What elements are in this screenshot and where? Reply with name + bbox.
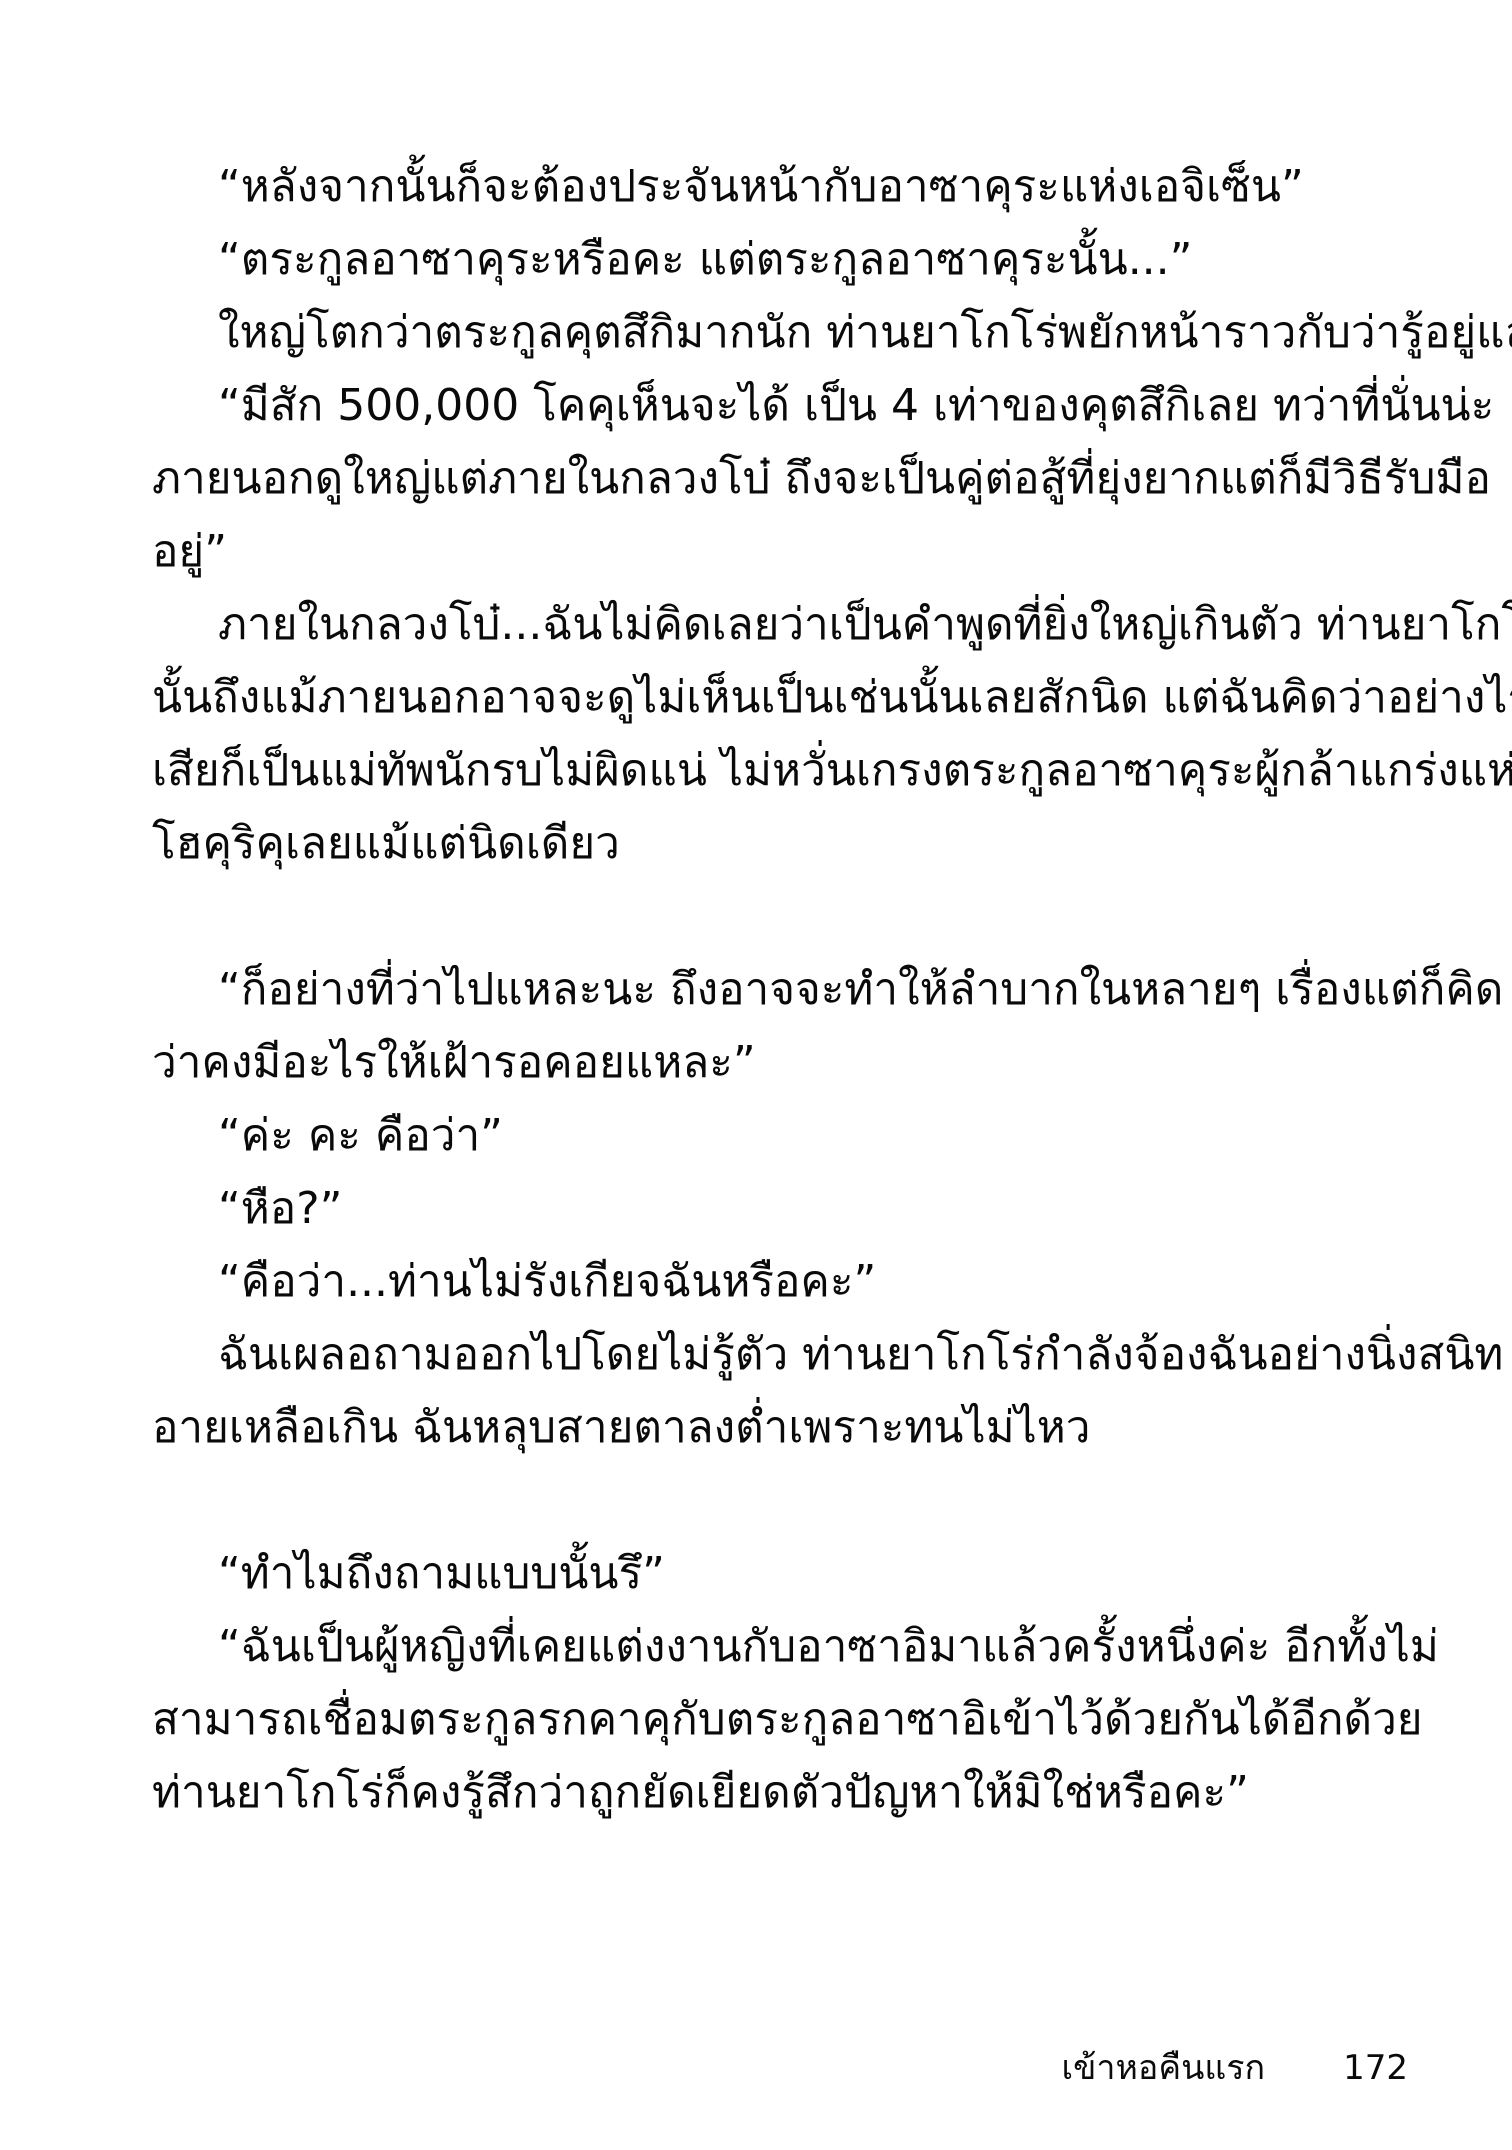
footer-chapter-title: เข้าหอคืนแรก — [1062, 2038, 1266, 2098]
text-line: ว่าคงมีอะไรให้เฝ้ารอคอยแหละ” — [152, 1026, 1408, 1099]
text-line: ท่านยาโกโร่ก็คงรู้สึกว่าถูกยัดเยียดตัวปั… — [152, 1756, 1408, 1829]
text-line: นั้นถึงแม้ภายนอกอาจจะดูไม่เห็นเป็นเช่นนั… — [152, 661, 1408, 734]
book-page: “หลังจากนั้นก็จะต้องประจันหน้ากับอาซาคุร… — [0, 0, 1512, 2150]
text-lines: “หลังจากนั้นก็จะต้องประจันหน้ากับอาซาคุร… — [152, 150, 1408, 1829]
text-line: “ค่ะ คะ คือว่า” — [152, 1099, 1408, 1172]
text-line: เสียก็เป็นแม่ทัพนักรบไม่ผิดแน่ ไม่หวั่นเ… — [152, 734, 1408, 807]
text-line: “หลังจากนั้นก็จะต้องประจันหน้ากับอาซาคุร… — [152, 150, 1408, 223]
blank-line — [152, 880, 1408, 953]
text-line: “ฉันเป็นผู้หญิงที่เคยแต่งงานกับอาซาอิมาแ… — [152, 1610, 1408, 1683]
page-footer: เข้าหอคืนแรก 172 — [152, 2038, 1408, 2098]
text-line: ใหญ่โตกว่าตระกูลคุตสึกิมากนัก ท่านยาโกโร… — [152, 296, 1408, 369]
text-line: อายเหลือเกิน ฉันหลุบสายตาลงต่ำเพราะทนไม่… — [152, 1391, 1408, 1464]
footer-page-number: 172 — [1343, 2038, 1408, 2098]
text-line: อยู่” — [152, 515, 1408, 588]
text-line: “คือว่า...ท่านไม่รังเกียจฉันหรือคะ” — [152, 1245, 1408, 1318]
text-line: สามารถเชื่อมตระกูลรกคาคุกับตระกูลอาซาอิเ… — [152, 1683, 1408, 1756]
text-line: ฉันเผลอถามออกไปโดยไม่รู้ตัว ท่านยาโกโร่ก… — [152, 1318, 1408, 1391]
text-line: “หือ?” — [152, 1172, 1408, 1245]
blank-line — [152, 1464, 1408, 1537]
text-line: “ทำไมถึงถามแบบนั้นรึ” — [152, 1537, 1408, 1610]
text-line: “ก็อย่างที่ว่าไปแหละนะ ถึงอาจจะทำให้ลำบา… — [152, 953, 1408, 1026]
text-line: ภายนอกดูใหญ่แต่ภายในกลวงโบ๋ ถึงจะเป็นคู่… — [152, 442, 1408, 515]
text-line: โฮคุริคุเลยแม้แต่นิดเดียว — [152, 807, 1408, 880]
text-line: “ตระกูลอาซาคุระหรือคะ แต่ตระกูลอาซาคุระน… — [152, 223, 1408, 296]
text-line: “มีสัก 500,000 โคคุเห็นจะได้ เป็น 4 เท่า… — [152, 369, 1408, 442]
text-line: ภายในกลวงโบ๋...ฉันไม่คิดเลยว่าเป็นคำพูดท… — [152, 588, 1408, 661]
